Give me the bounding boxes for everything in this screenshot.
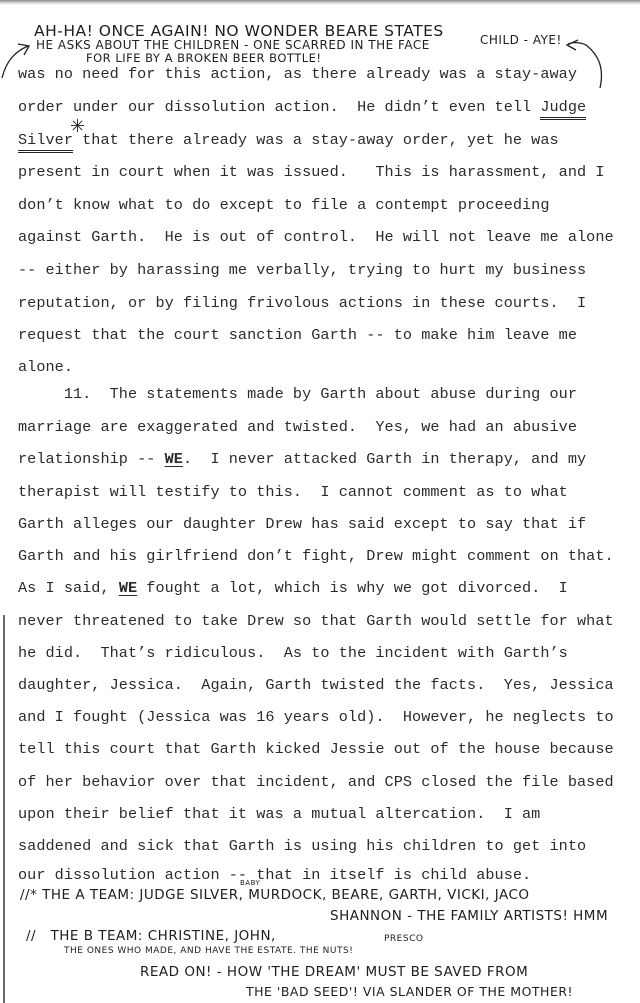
annotation-b-team-line2: THE ONES WHO MADE, AND HAVE THE ESTATE. … [64, 946, 353, 956]
emphasis-we: WE [165, 450, 183, 468]
body-line: he did. That’s ridiculous. As to the inc… [18, 644, 568, 662]
body-line: marriage are exaggerated and twisted. Ye… [18, 418, 577, 436]
body-line: and I fought (Jessica was 16 years old).… [18, 708, 614, 726]
body-text: relationship -- [18, 450, 165, 468]
body-line: alone. [18, 358, 73, 376]
body-line: never threatened to take Drew so that Ga… [18, 612, 614, 630]
asterisk-mark-icon: ✳ [70, 116, 85, 137]
annotation-a-team-text: THE A TEAM: JUDGE SILVER, MURDOCK, BEARE… [42, 887, 529, 903]
body-line: Garth and his girlfriend don’t fight, Dr… [18, 547, 614, 565]
body-line: daughter, Jessica. Again, Garth twisted … [18, 676, 614, 694]
body-line: don’t know what to do except to file a c… [18, 196, 550, 214]
body-line: relationship -- WE. I never attacked Gar… [18, 450, 586, 468]
body-line: was no need for this action, as there al… [18, 65, 577, 83]
annotation-presco: PRESCO [384, 934, 423, 944]
annotation-read-on: READ ON! - HOW 'THE DREAM' MUST BE SAVED… [140, 964, 528, 980]
body-line: order under our dissolution action. He d… [18, 98, 586, 116]
body-text: that there already was a stay-away order… [73, 131, 559, 149]
paragraph-11-start: 11. The statements made by Garth about a… [18, 385, 577, 403]
annotation-read-on-line2: THE 'BAD SEED'! VIA SLANDER OF THE MOTHE… [246, 984, 573, 999]
body-line: reputation, or by filing frivolous actio… [18, 294, 586, 312]
body-line: upon their belief that it was a mutual a… [18, 805, 540, 823]
annotation-a-team: //* THE A TEAM: JUDGE SILVER, MURDOCK, B… [20, 887, 530, 903]
annotation-a-team-line2: SHANNON - THE FAMILY ARTISTS! HMM [330, 908, 608, 924]
annotation-top-line2: HE ASKS ABOUT THE CHILDREN - ONE SCARRED… [36, 38, 430, 52]
body-line: As I said, WE fought a lot, which is why… [18, 579, 568, 597]
margin-rule [3, 615, 5, 1003]
annotation-baby: BABY [240, 879, 260, 887]
annotation-mark: //* [20, 887, 37, 903]
body-text: . I never attacked Garth in therapy, and… [183, 450, 586, 468]
body-line: against Garth. He is out of control. He … [18, 228, 614, 246]
annotation-top-line3: FOR LIFE BY A BROKEN BEER BOTTLE! [86, 51, 322, 65]
body-line: request that the court sanction Garth --… [18, 326, 577, 344]
annotation-top-line2-right: CHILD - AYE! [480, 33, 562, 47]
body-text: fought a lot, which is why we got divorc… [137, 579, 568, 597]
body-text: As I said, [18, 579, 119, 597]
annotation-b-team: // THE B TEAM: CHRISTINE, JOHN, [26, 928, 276, 944]
underlined-silver: Silver [18, 131, 73, 153]
annotation-mark: // [26, 928, 36, 944]
body-line: present in court when it was issued. Thi… [18, 163, 605, 181]
body-line: Silver that there already was a stay-awa… [18, 131, 559, 149]
body-line: of her behavior over that incident, and … [18, 773, 614, 791]
body-line: tell this court that Garth kicked Jessie… [18, 740, 614, 758]
body-line: saddened and sick that Garth is using hi… [18, 837, 586, 855]
body-line: our dissolution action -- that in itself… [18, 866, 531, 884]
annotation-b-team-text: THE B TEAM: CHRISTINE, JOHN, [50, 928, 275, 944]
underlined-judge: Judge [540, 98, 586, 120]
body-text: order under our dissolution action. He d… [18, 98, 540, 116]
body-line: -- either by harassing me verbally, tryi… [18, 261, 586, 279]
emphasis-we: WE [119, 579, 137, 597]
body-line: Garth alleges our daughter Drew has said… [18, 515, 586, 533]
body-line: therapist will testify to this. I cannot… [18, 483, 568, 501]
